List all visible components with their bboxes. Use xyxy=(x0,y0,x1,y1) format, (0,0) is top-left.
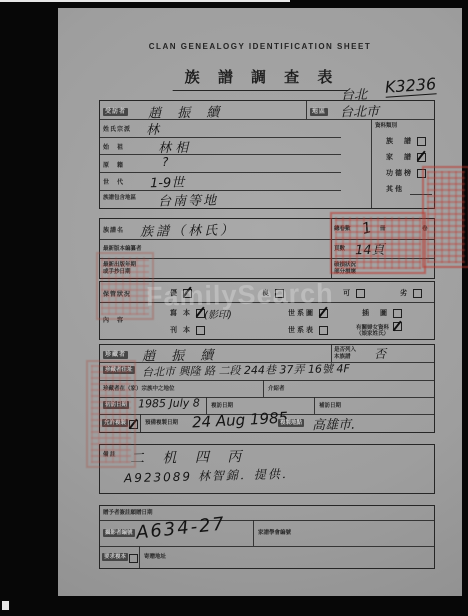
first-visit-value: 1985 July 8 xyxy=(138,396,200,410)
section-owner: 珍藏者 趙 振 續 是否列入 本族譜 否 珍藏者住址 台北市 興隆 路 二段 2… xyxy=(99,344,435,433)
interviewee-value: 趙 振 續 xyxy=(148,101,226,121)
photographer-no-label: 攝影者編號 xyxy=(103,529,135,537)
material-type-label: 資料類別 xyxy=(375,123,397,130)
section-remarks: 備 註 二 机 四 丙 A923089 林智錦．提供． xyxy=(99,444,435,494)
remarks-line1: 二 机 四 丙 xyxy=(130,446,249,468)
section-numbering: 贈予者簽註願贈日期 攝影者編號 A634-27 家譜學會編號 要求複本 寄贈地址 xyxy=(99,505,435,569)
material-option-gongdebang: 功德榜 xyxy=(386,168,426,178)
red-seal-stamp xyxy=(86,360,136,468)
remarks-line2: A923089 林智錦．提供． xyxy=(124,465,296,486)
copy-place-value: 高雄市. xyxy=(312,414,355,434)
revisit-label: 複訪日期 xyxy=(211,403,233,410)
checkbox xyxy=(413,289,422,298)
send-address-label: 寄贈地址 xyxy=(144,554,166,561)
checkbox xyxy=(417,153,426,162)
photo-background: CLAN GENEALOGY IDENTIFICATION SHEET 族 譜 … xyxy=(0,0,468,616)
owner-label: 珍藏者 xyxy=(103,351,128,359)
material-option-zupu: 族 譜 xyxy=(386,136,426,146)
scan-corner-mark xyxy=(2,601,9,610)
condition-poor: 劣 xyxy=(400,288,422,298)
surname-value: 林 xyxy=(146,119,159,138)
surname-label: 姓氏宗派 xyxy=(103,124,131,133)
annotation-number: K3236 xyxy=(384,74,436,98)
first-ancestor-label: 始 祖 xyxy=(103,142,124,151)
genealogy-name-value: 族譜（林氏） xyxy=(140,219,236,240)
red-seal-stamp xyxy=(96,252,154,320)
origin-label: 原 籍 xyxy=(103,160,124,169)
checkbox xyxy=(393,322,402,331)
red-seal-stamp xyxy=(330,212,426,274)
copy-date-label: 預備複製日期 xyxy=(145,420,178,427)
checkbox xyxy=(356,289,365,298)
familysearch-watermark: FamilySearch xyxy=(146,278,334,312)
interviewee-label: 受訪者 xyxy=(103,108,128,116)
origin-value: ? xyxy=(162,155,169,169)
content-printed: 刊 本 xyxy=(170,325,205,335)
checkbox xyxy=(129,554,138,563)
checkbox xyxy=(319,326,328,335)
coverage-label: 族譜包含地區 xyxy=(103,195,136,202)
material-option-jiapu: 家 譜 xyxy=(386,152,426,162)
material-option-other: 其他 xyxy=(386,184,404,194)
sheet-title-en: CLAN GENEALOGY IDENTIFICATION SHEET xyxy=(58,42,462,51)
copy-date-value: 24 Aug 1985 xyxy=(192,408,289,431)
generations-label: 世 代 xyxy=(103,177,124,186)
condition-fair: 可 xyxy=(343,288,365,298)
coverage-value: 台南等地 xyxy=(158,189,218,209)
area-value: 台北市 xyxy=(340,101,379,121)
content-pedigree-table: 世系表 xyxy=(288,325,328,335)
genealogy-sheet-document: CLAN GENEALOGY IDENTIFICATION SHEET 族 譜 … xyxy=(58,8,462,596)
included-label: 是否列入 本族譜 xyxy=(334,347,356,360)
donor-note-label: 贈予者簽註願贈日期 xyxy=(103,510,153,517)
owner-value: 趙 振 續 xyxy=(142,344,220,364)
suppl-visit-label: 補訪日期 xyxy=(319,403,341,410)
checkbox xyxy=(417,137,426,146)
red-seal-stamp xyxy=(422,166,468,268)
checkbox xyxy=(196,326,205,335)
content-women-info: 有關婦女資料 xyxy=(356,322,402,331)
section-interview: 受訪者 趙 振 續 地區 台北市 姓氏宗派 林 始 祖 林 相 原 籍 ? 世 … xyxy=(99,100,435,209)
copy-request-label: 要求複本 xyxy=(102,553,128,561)
included-value: 否 xyxy=(374,345,386,362)
society-no-label: 家譜學會編號 xyxy=(258,530,291,537)
owner-address-value: 台北市 興隆 路 二段 244巷 37弄 16號 4F xyxy=(142,360,350,380)
content-illustrations: 插 圖 xyxy=(362,308,402,318)
checkbox xyxy=(393,309,402,318)
photographer-no-value: A634-27 xyxy=(135,513,227,543)
scan-edge-mark xyxy=(0,0,290,2)
copy-place-label: 複製地點 xyxy=(278,419,304,427)
sheet-title-zh: 族 譜 調 查 表 xyxy=(173,66,348,91)
introducer-label: 介紹者 xyxy=(268,386,285,393)
first-ancestor-value: 林 相 xyxy=(158,137,188,157)
genealogy-name-label: 族譜名 xyxy=(103,225,124,234)
checkbox xyxy=(319,309,328,318)
generations-value: 1-9世 xyxy=(150,172,185,192)
area-label: 地區 xyxy=(310,108,328,116)
content-women-note: （娘家姓氏） xyxy=(356,331,389,338)
